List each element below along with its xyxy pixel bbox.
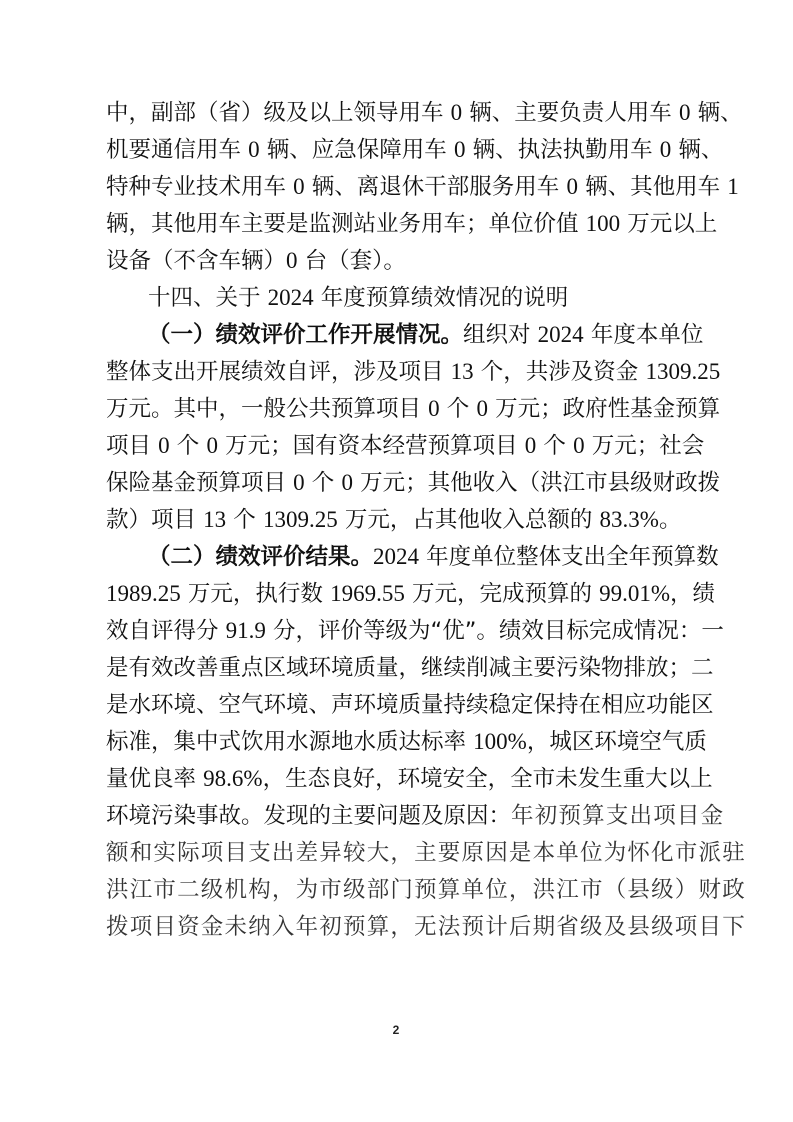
- document-page: 中，副部（省）级及以上领导用车 0 辆、主要负责人用车 0 辆、 机要通信用车 …: [0, 0, 793, 1122]
- number: 0: [428, 396, 440, 421]
- text-line: 量优良率 98.6%，生态良好，环境安全，全市未发生重大以上: [106, 764, 688, 794]
- text-segment: 辆、: [690, 100, 742, 126]
- text-segment: 设备（不含车辆）: [106, 248, 286, 274]
- number: 91.9: [226, 618, 266, 643]
- text-segment: 环境污染事故。发现的主要问题及原因：: [106, 803, 511, 829]
- text-segment: 保险基金预算项目: [106, 470, 293, 496]
- text-line: 万元。其中，一般公共预算项目 0 个 0 万元；政府性基金预算: [106, 394, 688, 424]
- text-line: 款）项目 13 个 1309.25 万元，占其他收入总额的 83.3%。: [106, 505, 688, 535]
- text-segment: 是有效改善重点区域环境质量，继续削减主要污染物排放；二: [106, 655, 714, 681]
- text-segment: 。: [659, 507, 682, 533]
- text-line: 1989.25 万元，执行数 1969.55 万元，完成预算的 99.01%，绩: [106, 579, 688, 609]
- text-segment: 个，共涉及资金: [474, 359, 646, 385]
- text-segment: 辆、应急保障用车: [260, 137, 454, 163]
- text-line: 整体支出开展绩效自评，涉及项目 13 个，共涉及资金 1309.25: [106, 357, 688, 387]
- text-line: 辆，其他用车主要是监测站业务用车；单位价值 100 万元以上: [106, 209, 688, 239]
- number: 2024: [538, 322, 584, 347]
- text-line: 拨项目资金未纳入年初预算，无法预计后期省级及县级项目下: [106, 912, 688, 942]
- text-segment: 个: [440, 396, 477, 422]
- text-segment: 万元；社会: [585, 433, 705, 459]
- text-line: 保险基金预算项目 0 个 0 万元；其他收入（洪江市县级财政拨: [106, 468, 688, 498]
- text-segment: 年度预算绩效情况的说明: [314, 285, 569, 311]
- text-segment: ，绩: [670, 581, 715, 607]
- text-segment: 万元以上: [620, 211, 717, 237]
- text-segment-light: 拨项目资金未纳入年初预算，无法预计后期省级及县级项目下: [106, 914, 746, 940]
- text-segment: 辆、离退休干部服务用车: [305, 174, 567, 200]
- text-segment: 款）项目: [106, 507, 203, 533]
- number: 0: [451, 100, 463, 125]
- text-segment: 万元，执行数: [181, 581, 330, 607]
- text-segment: 辆、主要负责人用车: [462, 100, 679, 126]
- number: 2024: [373, 544, 419, 569]
- number: 83.3%: [600, 507, 659, 532]
- number: 0: [566, 174, 578, 199]
- text-segment: 万元，占其他收入总额的: [338, 507, 600, 533]
- text-segment: 万元；国有资本经营预算项目: [218, 433, 525, 459]
- text-segment: 是水环境、空气环境、声环境质量持续稳定保持在相应功能区: [106, 692, 714, 718]
- text-segment: 个: [226, 507, 263, 533]
- text-segment: 台（套）。: [298, 248, 406, 274]
- text-segment: ，城区环境空气质: [527, 729, 707, 755]
- text-segment: 机要通信用车: [106, 137, 248, 163]
- text-segment: 效自评得分: [106, 618, 226, 644]
- number: 0: [341, 470, 353, 495]
- number: 0: [679, 100, 691, 125]
- page-number: 2: [386, 1023, 406, 1037]
- number: 1969.55: [330, 581, 405, 606]
- number: 0: [454, 137, 466, 162]
- number: 0: [293, 174, 305, 199]
- text-segment: 辆、执法执勤用车: [465, 137, 659, 163]
- text-segment: 特种专业技术用车: [106, 174, 293, 200]
- text-segment: 万元；政府性基金预算: [488, 396, 720, 422]
- text-segment: 年度本单位: [584, 322, 704, 348]
- text-line: 特种专业技术用车 0 辆、离退休干部服务用车 0 辆、其他用车 1: [106, 172, 688, 202]
- text-segment: 分，评价等级为“优”。绩效目标完成情况：一: [266, 618, 724, 644]
- text-line: 环境污染事故。发现的主要问题及原因：年初预算支出项目金: [106, 801, 688, 831]
- text-segment: 年度单位整体支出全年预算数: [419, 544, 719, 570]
- number: 98.6%: [203, 766, 262, 791]
- number: 0: [158, 433, 170, 458]
- number: 0: [525, 433, 537, 458]
- text-line: 标准，集中式饮用水源地水质达标率 100%，城区环境空气质: [106, 727, 688, 757]
- subsection-title: （二）绩效评价结果。: [148, 544, 373, 570]
- text-line: 是有效改善重点区域环境质量，继续削减主要污染物排放；二: [106, 653, 688, 683]
- subsection-heading-1: （一）绩效评价工作开展情况。组织对 2024 年度本单位: [148, 320, 688, 350]
- number: 1: [727, 174, 739, 199]
- text-segment-light: 额和实际项目支出差异较大，主要原因是本单位为怀化市派驻: [106, 840, 746, 866]
- number: 2024: [268, 285, 314, 310]
- text-segment: 辆、: [671, 137, 723, 163]
- text-segment: 辆，其他用车主要是监测站业务用车；单位价值: [106, 211, 586, 237]
- number: 13: [451, 359, 474, 384]
- text-line: 是水环境、空气环境、声环境质量持续稳定保持在相应功能区: [106, 690, 688, 720]
- text-line: 效自评得分 91.9 分，评价等级为“优”。绩效目标完成情况：一: [106, 616, 688, 646]
- text-segment: 项目: [106, 433, 158, 459]
- number: 0: [573, 433, 585, 458]
- number: 100: [586, 211, 621, 236]
- number: 100%: [473, 729, 527, 754]
- text-segment: 中，副部（省）级及以上领导用车: [106, 100, 451, 126]
- subsection-heading-2: （二）绩效评价结果。2024 年度单位整体支出全年预算数: [148, 542, 688, 572]
- text-segment: 辆、其他用车: [578, 174, 727, 200]
- text-segment: 组织对: [463, 322, 538, 348]
- text-segment: 十四、关于: [148, 285, 268, 311]
- number: 1309.25: [645, 359, 720, 384]
- section-heading: 十四、关于 2024 年度预算绩效情况的说明: [148, 283, 688, 313]
- number: 0: [660, 137, 672, 162]
- text-line: 项目 0 个 0 万元；国有资本经营预算项目 0 个 0 万元；社会: [106, 431, 688, 461]
- text-line: 中，副部（省）级及以上领导用车 0 辆、主要负责人用车 0 辆、: [106, 98, 688, 128]
- number: 0: [286, 248, 298, 273]
- text-segment: 万元。其中，一般公共预算项目: [106, 396, 428, 422]
- text-line: 洪江市二级机构，为市级部门预算单位，洪江市（县级）财政: [106, 875, 688, 905]
- text-segment-light: 年初预算支出项目金: [511, 803, 724, 829]
- number: 1989.25: [106, 581, 181, 606]
- number: 99.01%: [599, 581, 670, 606]
- subsection-title: （一）绩效评价工作开展情况。: [148, 322, 463, 348]
- text-segment: 标准，集中式饮用水源地水质达标率: [106, 729, 473, 755]
- text-line: 设备（不含车辆）0 台（套）。: [106, 246, 688, 276]
- number: 0: [248, 137, 260, 162]
- text-segment: 万元；其他收入（洪江市县级财政拨: [353, 470, 720, 496]
- number: 0: [476, 396, 488, 421]
- number: 13: [203, 507, 226, 532]
- text-segment: 个: [305, 470, 342, 496]
- text-segment: 整体支出开展绩效自评，涉及项目: [106, 359, 451, 385]
- number: 0: [206, 433, 218, 458]
- number: 1309.25: [263, 507, 338, 532]
- text-line: 机要通信用车 0 辆、应急保障用车 0 辆、执法执勤用车 0 辆、: [106, 135, 688, 165]
- text-segment: ，生态良好，环境安全，全市未发生重大以上: [263, 766, 713, 792]
- text-line: 额和实际项目支出差异较大，主要原因是本单位为怀化市派驻: [106, 838, 688, 868]
- text-segment: 量优良率: [106, 766, 203, 792]
- number: 0: [293, 470, 305, 495]
- text-segment: 万元，完成预算的: [405, 581, 599, 607]
- text-segment: 个: [536, 433, 573, 459]
- text-segment-light: 洪江市二级机构，为市级部门预算单位，洪江市（县级）财政: [106, 877, 746, 903]
- text-segment: 个: [170, 433, 207, 459]
